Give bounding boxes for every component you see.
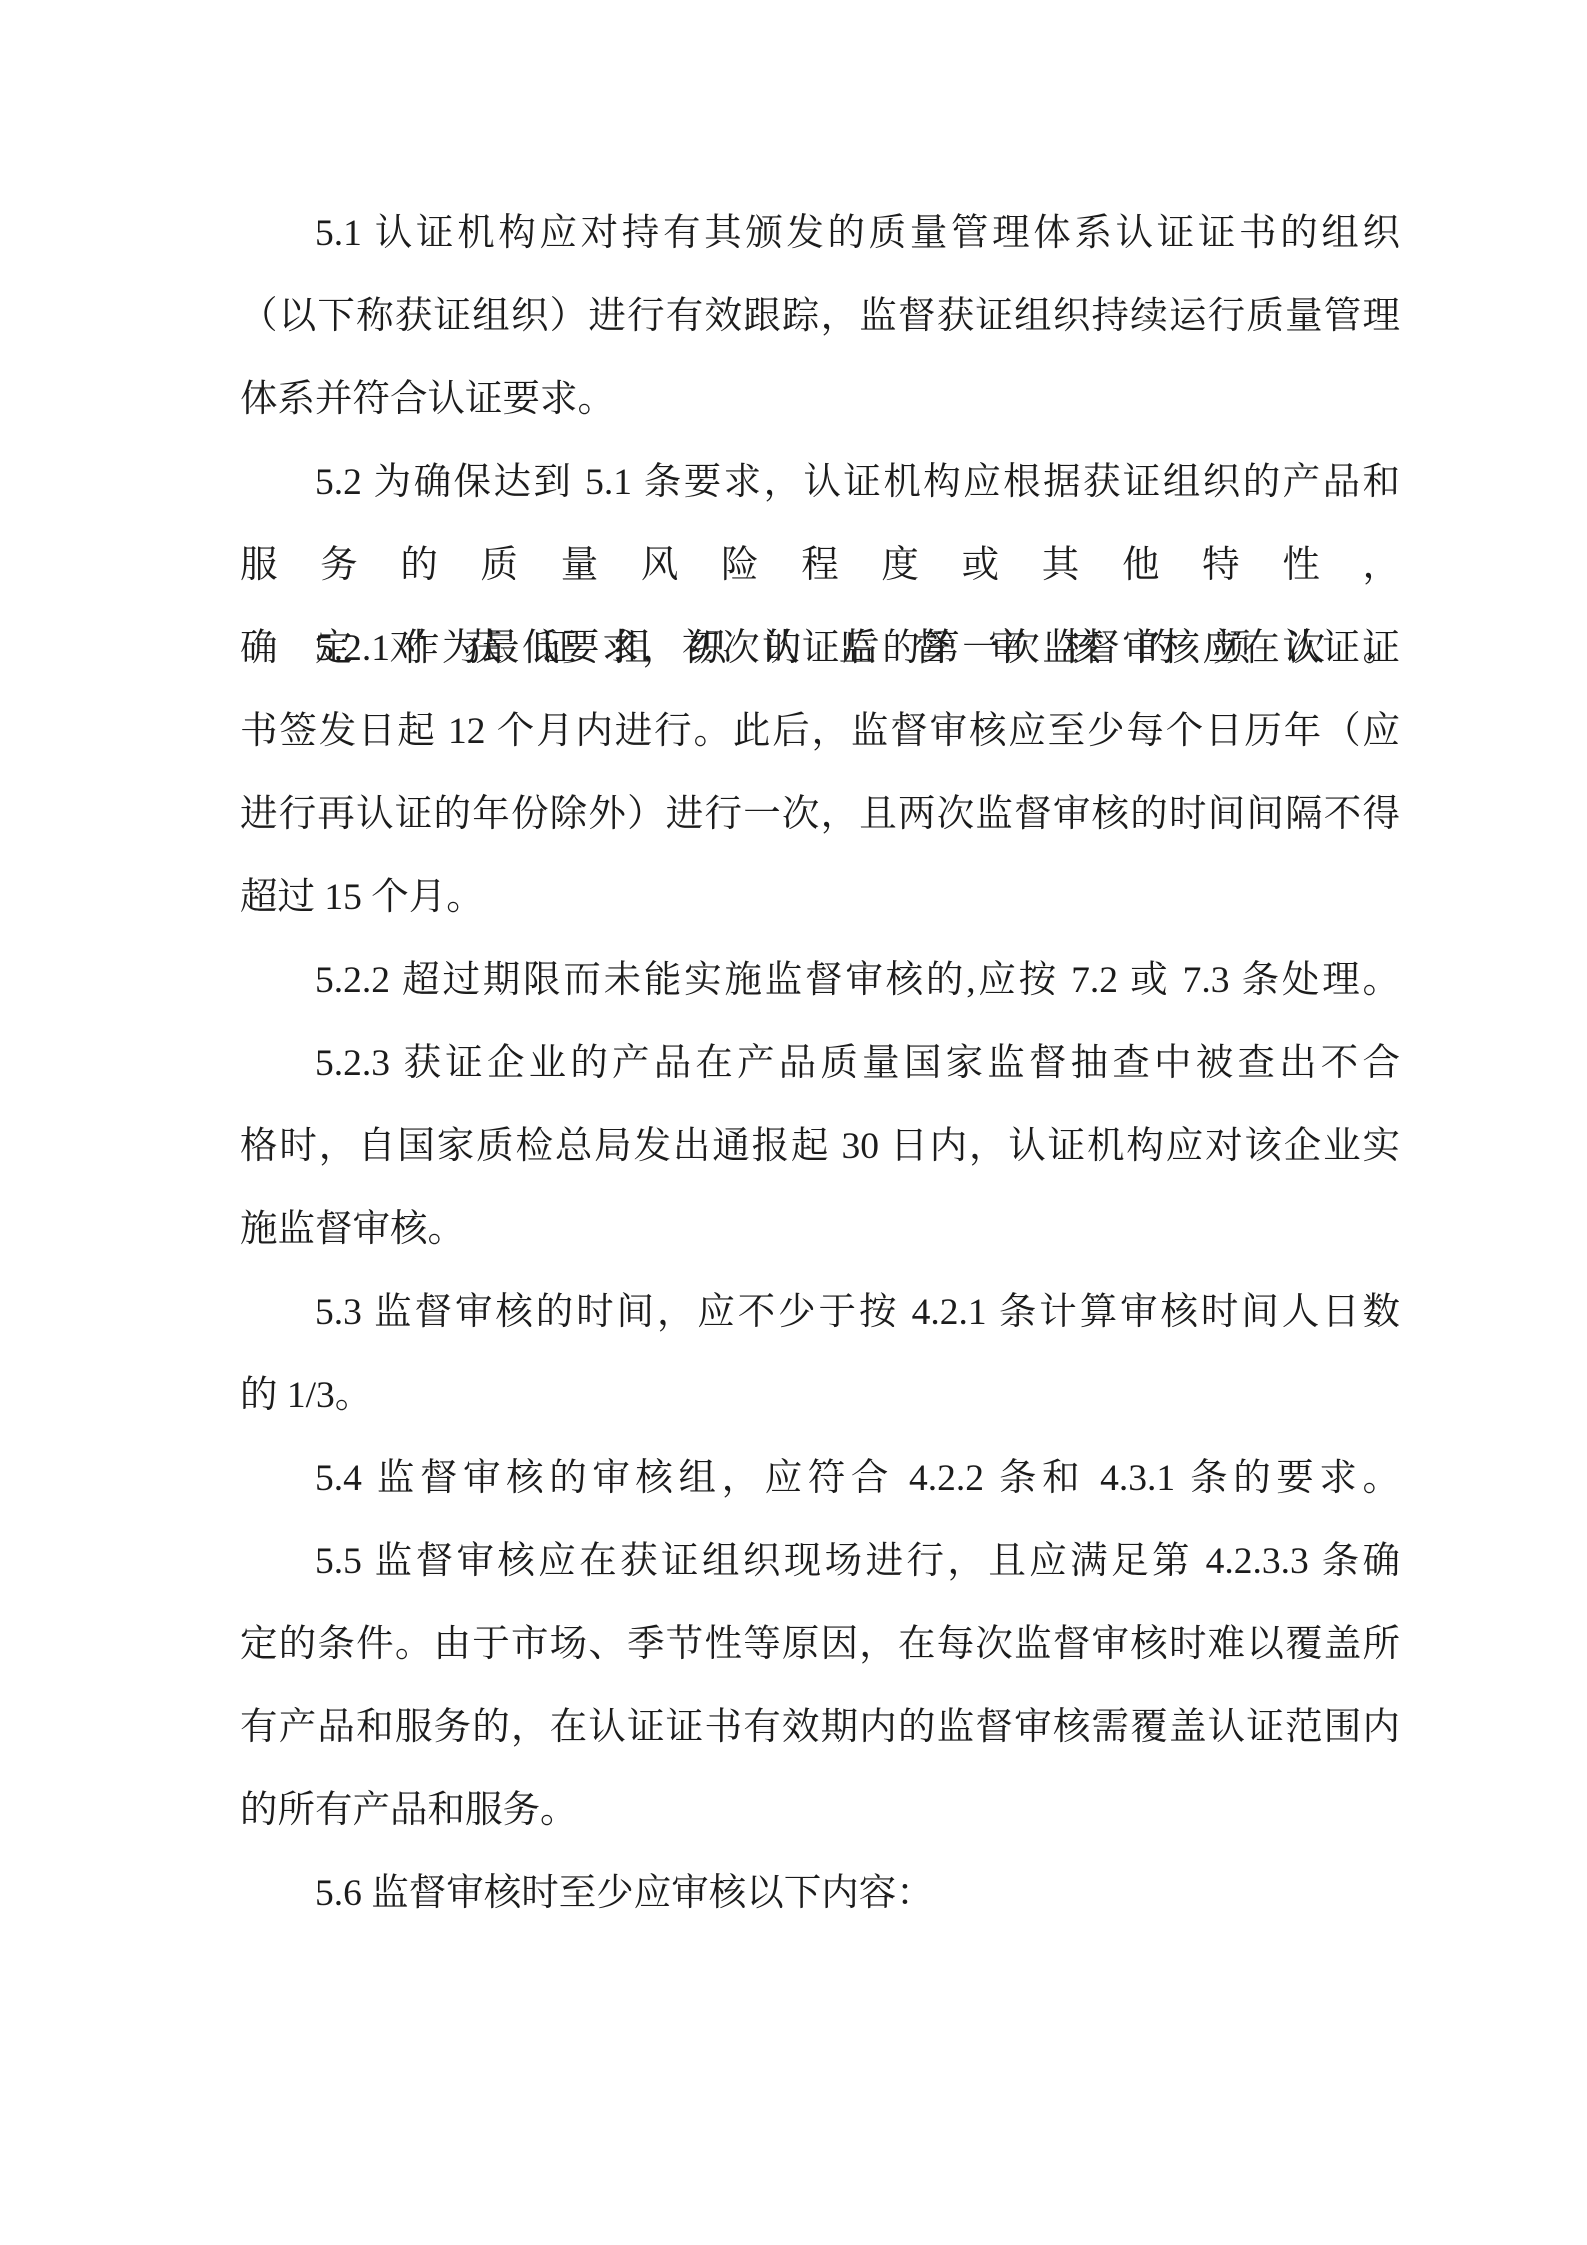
text-line: 5.2 为确保达到 5.1 条要求，认证机构应根据获证组织的产品和 xyxy=(240,441,1400,524)
text-line: 有产品和服务的，在认证证书有效期内的监督审核需覆盖认证范围内 xyxy=(240,1686,1400,1769)
text-line: 5.2.2 超过期限而未能实施监督审核的,应按 7.2 或 7.3 条处理。 xyxy=(240,939,1400,1022)
text-line: 5.2.1 作为最低要求，初次认证后的第一次监督审核应在认证证 xyxy=(240,607,1400,690)
text-line: 体系并符合认证要求。 xyxy=(240,358,1400,441)
clause-5-3: 5.3 监督审核的时间，应不少于按 4.2.1 条计算审核时间人日数 的 1/3… xyxy=(240,1271,1400,1437)
document-text-block: 5.1 认证机构应对持有其颁发的质量管理体系认证证书的组织 （以下称获证组织）进… xyxy=(240,192,1400,1935)
text-line: 超过 15 个月。 xyxy=(240,856,1400,939)
text-line: 的所有产品和服务。 xyxy=(240,1769,1400,1852)
text-line: 的 1/3。 xyxy=(240,1354,1400,1437)
clause-5-2-2: 5.2.2 超过期限而未能实施监督审核的,应按 7.2 或 7.3 条处理。 xyxy=(240,939,1400,1022)
clause-5-2-1: 5.2.1 作为最低要求，初次认证后的第一次监督审核应在认证证 书签发日起 12… xyxy=(240,607,1400,939)
text-line: 5.5 监督审核应在获证组织现场进行，且应满足第 4.2.3.3 条确 xyxy=(240,1520,1400,1603)
text-line: 施监督审核。 xyxy=(240,1188,1400,1271)
text-line: 定的条件。由于市场、季节性等原因，在每次监督审核时难以覆盖所 xyxy=(240,1603,1400,1686)
clause-5-4: 5.4 监督审核的审核组，应符合 4.2.2 条和 4.3.1 条的要求。 xyxy=(240,1437,1400,1520)
text-line: 书签发日起 12 个月内进行。此后，监督审核应至少每个日历年（应 xyxy=(240,690,1400,773)
clause-5-2: 5.2 为确保达到 5.1 条要求，认证机构应根据获证组织的产品和 服务的质量风… xyxy=(240,441,1400,607)
clause-5-6: 5.6 监督审核时至少应审核以下内容： xyxy=(240,1852,1400,1935)
text-line: 格时，自国家质检总局发出通报起 30 日内，认证机构应对该企业实 xyxy=(240,1105,1400,1188)
text-line: 5.2.3 获证企业的产品在产品质量国家监督抽查中被查出不合 xyxy=(240,1022,1400,1105)
text-line: （以下称获证组织）进行有效跟踪，监督获证组织持续运行质量管理 xyxy=(240,275,1400,358)
text-line: 5.1 认证机构应对持有其颁发的质量管理体系认证证书的组织 xyxy=(240,192,1400,275)
clause-5-1: 5.1 认证机构应对持有其颁发的质量管理体系认证证书的组织 （以下称获证组织）进… xyxy=(240,192,1400,441)
text-line: 5.3 监督审核的时间，应不少于按 4.2.1 条计算审核时间人日数 xyxy=(240,1271,1400,1354)
text-line: 5.4 监督审核的审核组，应符合 4.2.2 条和 4.3.1 条的要求。 xyxy=(240,1437,1400,1520)
text-line: 进行再认证的年份除外）进行一次，且两次监督审核的时间间隔不得 xyxy=(240,773,1400,856)
text-line: 服务的质量风险程度或其他特性，确定对获证组织的监督审核的频次。 xyxy=(240,524,1400,607)
clause-5-5: 5.5 监督审核应在获证组织现场进行，且应满足第 4.2.3.3 条确 定的条件… xyxy=(240,1520,1400,1852)
document-page: 5.1 认证机构应对持有其颁发的质量管理体系认证证书的组织 （以下称获证组织）进… xyxy=(0,0,1587,2245)
clause-5-2-3: 5.2.3 获证企业的产品在产品质量国家监督抽查中被查出不合 格时，自国家质检总… xyxy=(240,1022,1400,1271)
text-line: 5.6 监督审核时至少应审核以下内容： xyxy=(240,1852,1400,1935)
